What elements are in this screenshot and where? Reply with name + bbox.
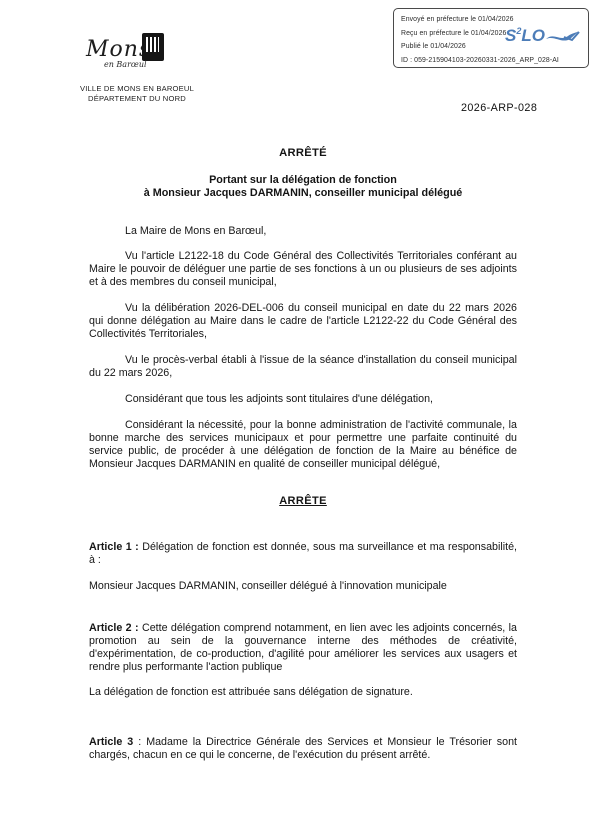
- article-2: Article 2 : Cette délégation comprend no…: [89, 622, 517, 674]
- municipality-line2: DÉPARTEMENT DU NORD: [62, 94, 212, 104]
- mons-logo-icon: [142, 33, 164, 61]
- document-reference: 2026-ARP-028: [461, 102, 537, 114]
- article-1-label: Article 1 :: [89, 541, 139, 553]
- s2lo-swoosh-icon: [546, 30, 580, 46]
- document-title: ARRÊTÉ: [89, 147, 517, 160]
- document-subtitle: Portant sur la délégation de fonction à …: [89, 174, 517, 200]
- article-2-text: Cette délégation comprend notamment, en …: [89, 622, 517, 673]
- mons-logo-subtitle: en Barœul: [104, 60, 147, 69]
- prefecture-stamp: Envoyé en préfecture le 01/04/2026 Reçu …: [393, 8, 589, 68]
- article-3-label: Article 3: [89, 736, 133, 748]
- s2lo-logo: S2LO: [505, 26, 580, 46]
- paragraph-considerant-adjoints: Considérant que tous les adjoints sont t…: [89, 393, 517, 406]
- stamp-id-line: ID : 059-215904103-20260331-2026_ARP_028…: [401, 54, 588, 68]
- paragraph-maire: La Maire de Mons en Barœul,: [89, 225, 517, 238]
- municipality-heading: VILLE DE MONS EN BAROEUL DÉPARTEMENT DU …: [62, 84, 212, 104]
- arrete-heading: ARRÊTE: [89, 495, 517, 508]
- article-3-text: : Madame la Directrice Générale des Serv…: [89, 736, 517, 761]
- stamp-sent-line: Envoyé en préfecture le 01/04/2026: [401, 13, 588, 27]
- article-2-label: Article 2 :: [89, 622, 139, 634]
- article-1: Article 1 : Délégation de fonction est d…: [89, 541, 517, 567]
- subtitle-line2: à Monsieur Jacques DARMANIN, conseiller …: [89, 187, 517, 200]
- subtitle-line1: Portant sur la délégation de fonction: [89, 174, 517, 187]
- s2lo-logo-text2: LO: [521, 26, 545, 46]
- paragraph-vu-proces-verbal: Vu le procès-verbal établi à l'issue de …: [89, 354, 517, 380]
- paragraph-vu-deliberation: Vu la délibération 2026-DEL-006 du conse…: [89, 302, 517, 341]
- article-3: Article 3 : Madame la Directrice Général…: [89, 736, 517, 762]
- paragraph-considerant-necessite: Considérant la nécessité, pour la bonne …: [89, 419, 517, 471]
- document-body: ARRÊTÉ Portant sur la délégation de fonc…: [89, 147, 517, 762]
- s2lo-logo-text: S: [505, 26, 516, 46]
- paragraph-vu-article: Vu l'article L2122-18 du Code Général de…: [89, 250, 517, 289]
- municipality-line1: VILLE DE MONS EN BAROEUL: [62, 84, 212, 94]
- signature-note: La délégation de fonction est attribuée …: [89, 686, 517, 699]
- article-1-recipient: Monsieur Jacques DARMANIN, conseiller dé…: [89, 580, 517, 593]
- document-page: Envoyé en préfecture le 01/04/2026 Reçu …: [0, 0, 595, 837]
- mons-logo: Mons en Barœul: [86, 33, 206, 73]
- article-1-text: Délégation de fonction est donnée, sous …: [89, 541, 517, 566]
